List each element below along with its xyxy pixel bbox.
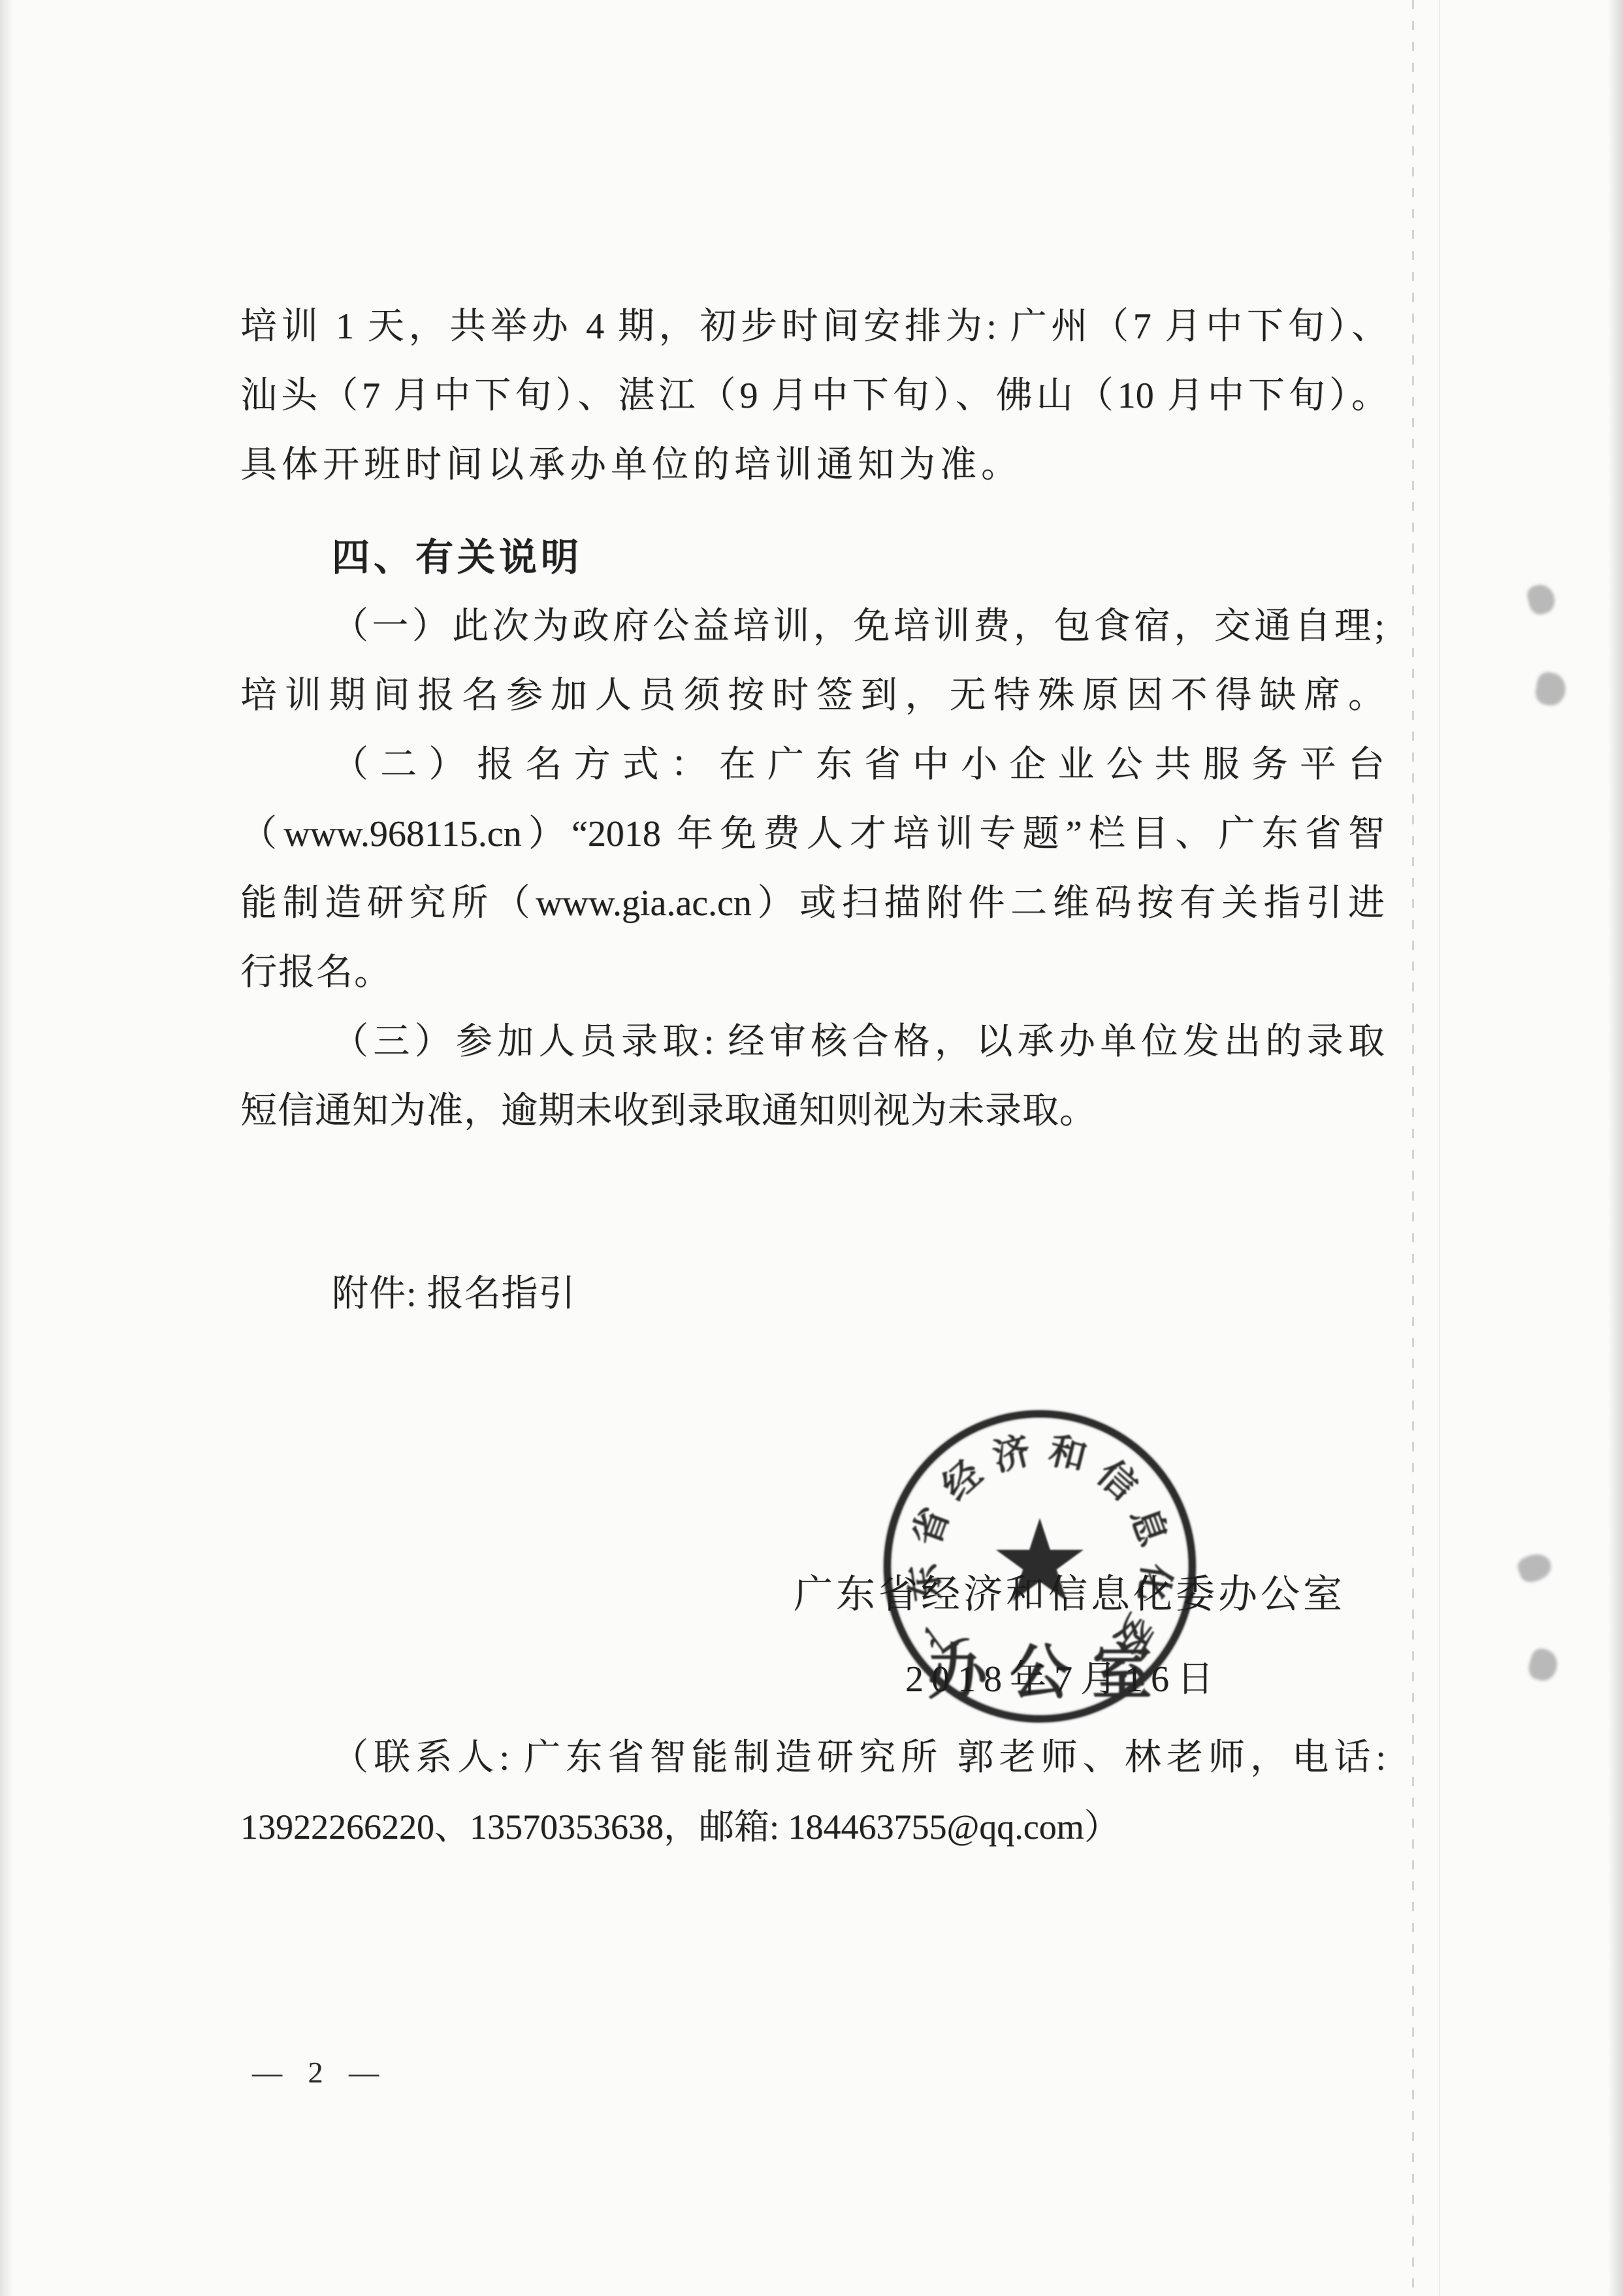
item2-line1: （二）报名方式：在广东省中小企业公共服务平台 <box>332 742 1385 788</box>
seal-arc-char: 经 <box>931 1449 989 1507</box>
paragraph-schedule-line3: 具体开班时间以承办单位的培训通知为准。 <box>240 442 1022 488</box>
seal-arc-char: 和 <box>1044 1427 1093 1476</box>
scan-fold-line-faint <box>1439 0 1440 2296</box>
seal-arc-char: 济 <box>986 1427 1035 1476</box>
item2-line2: （www.968115.cn）“2018 年免费人才培训专题”栏目、广东省智 <box>240 811 1385 857</box>
item1-line2: 培训期间报名参加人员须按时签到，无特殊原因不得缺席。 <box>240 673 1385 719</box>
document-page: 培训 1 天，共举办 4 期，初步时间安排为: 广州（7 月中下旬）、 汕头（7… <box>0 0 1623 2296</box>
paragraph-schedule-line1: 培训 1 天，共举办 4 期，初步时间安排为: 广州（7 月中下旬）、 <box>240 304 1388 349</box>
scan-smudge <box>1515 1550 1555 1586</box>
signature-date: 2018年7月16日 <box>905 1657 1221 1702</box>
signature-org: 广东省经济和信息化委办公室 <box>794 1572 1345 1617</box>
scan-left-edge-shadow <box>0 0 13 2296</box>
scan-smudge <box>1525 582 1558 617</box>
section-heading-4: 四、有关说明 <box>332 534 583 580</box>
item2-line3: 能制造研究所（www.gia.ac.cn）或扫描附件二维码按有关指引进 <box>240 881 1385 926</box>
item3-line1: （三）参加人员录取: 经审核合格，以承办单位发出的录取 <box>332 1019 1385 1065</box>
page-number: — 2 — <box>252 2050 388 2095</box>
paragraph-schedule-line2: 汕头（7 月中下旬）、湛江（9 月中下旬）、佛山（10 月中下旬）。 <box>240 373 1388 419</box>
scan-right-edge-shadow <box>1608 0 1623 2296</box>
attachment-line: 附件: 报名指引 <box>332 1271 576 1317</box>
item2-line4: 行报名。 <box>240 950 392 995</box>
scan-smudge <box>1526 1646 1561 1683</box>
contact-line2: 13922266220、13570353638，邮箱: 184463755@qq… <box>240 1804 1119 1850</box>
seal-arc-char: 信 <box>1091 1449 1148 1507</box>
contact-line1: （联系人: 广东省智能制造研究所 郭老师、林老师，电话: <box>332 1735 1386 1781</box>
seal-arc-char: 息 <box>1125 1500 1177 1551</box>
item3-line2: 短信通知为准，逾期未收到录取通知则视为未录取。 <box>240 1088 1097 1134</box>
scan-smudge <box>1534 670 1568 707</box>
seal-arc-char: 省 <box>902 1500 954 1551</box>
item1-line1: （一）此次为政府公益培训，免培训费，包食宿，交通自理; <box>332 604 1385 649</box>
scan-fold-line <box>1412 0 1414 2296</box>
